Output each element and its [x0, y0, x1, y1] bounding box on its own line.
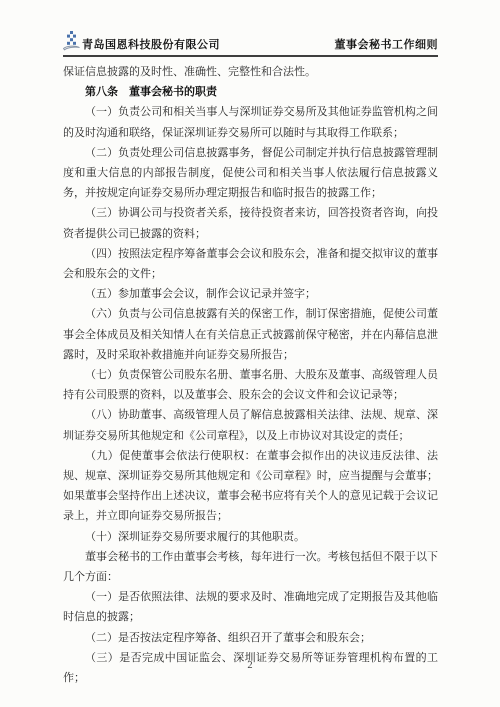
assessment-item-1: （一）是否依照法律、法规的要求及时、准确地完成了定期报告及其他临时信息的披露；	[63, 587, 438, 627]
paragraph-continuation: 保证信息披露的及时性、准确性、完整性和合法性。	[63, 62, 438, 82]
duty-item-7: （七）负责保管公司股东名册、董事名册、大股东及董事、高级管理人员持有公司股票的资…	[63, 365, 438, 405]
assessment-item-2: （二）是否按法定程序筹备、组织召开了董事会和股东会；	[63, 628, 438, 648]
article-heading: 第八条 董事会秘书的职责	[63, 82, 438, 102]
duty-item-9: （九）促使董事会依法行使职权：在董事会拟作出的决议违反法律、法规、规章、深圳证券…	[63, 446, 438, 527]
duty-item-3: （三）协调公司与投资者关系，接待投资者来访，回答投资者咨询，向投资者提供公司已披…	[63, 203, 438, 243]
assessment-intro: 董事会秘书的工作由董事会考核，每年进行一次。考核包括但不限于以下几个方面：	[63, 547, 438, 587]
duty-item-4: （四）按照法定程序筹备董事会会议和股东会，准备和提交拟审议的董事会和股东会的文件…	[63, 244, 438, 284]
document-body: 保证信息披露的及时性、准确性、完整性和合法性。 第八条 董事会秘书的职责 （一）…	[63, 62, 438, 688]
duty-item-5: （五）参加董事会会议，制作会议记录并签字；	[63, 284, 438, 304]
page-footer: 2	[0, 655, 500, 673]
document-page: 青岛国恩科技股份有限公司 董事会秘书工作细则 保证信息披露的及时性、准确性、完整…	[0, 0, 500, 707]
duty-item-1: （一）负责公司和相关当事人与深圳证券交易所及其他证券监管机构之间的及时沟通和联络…	[63, 102, 438, 142]
page-header: 青岛国恩科技股份有限公司 董事会秘书工作细则	[63, 31, 438, 57]
duty-item-8: （八）协助董事、高级管理人员了解信息披露相关法律、法规、规章、深圳证券交易所其他…	[63, 405, 438, 445]
duty-item-6: （六）负责与公司信息披露有关的保密工作，制订保密措施，促使公司董事会全体成员及相…	[63, 304, 438, 365]
header-left: 青岛国恩科技股份有限公司	[63, 31, 220, 52]
company-name: 青岛国恩科技股份有限公司	[82, 38, 220, 52]
doc-title: 董事会秘书工作细则	[335, 38, 439, 52]
page-number: 2	[247, 660, 252, 671]
duty-item-10: （十）深圳证券交易所要求履行的其他职责。	[63, 527, 438, 547]
company-logo-icon	[63, 31, 80, 52]
duty-item-2: （二）负责处理公司信息披露事务，督促公司制定并执行信息披露管理制度和重大信息的内…	[63, 143, 438, 204]
